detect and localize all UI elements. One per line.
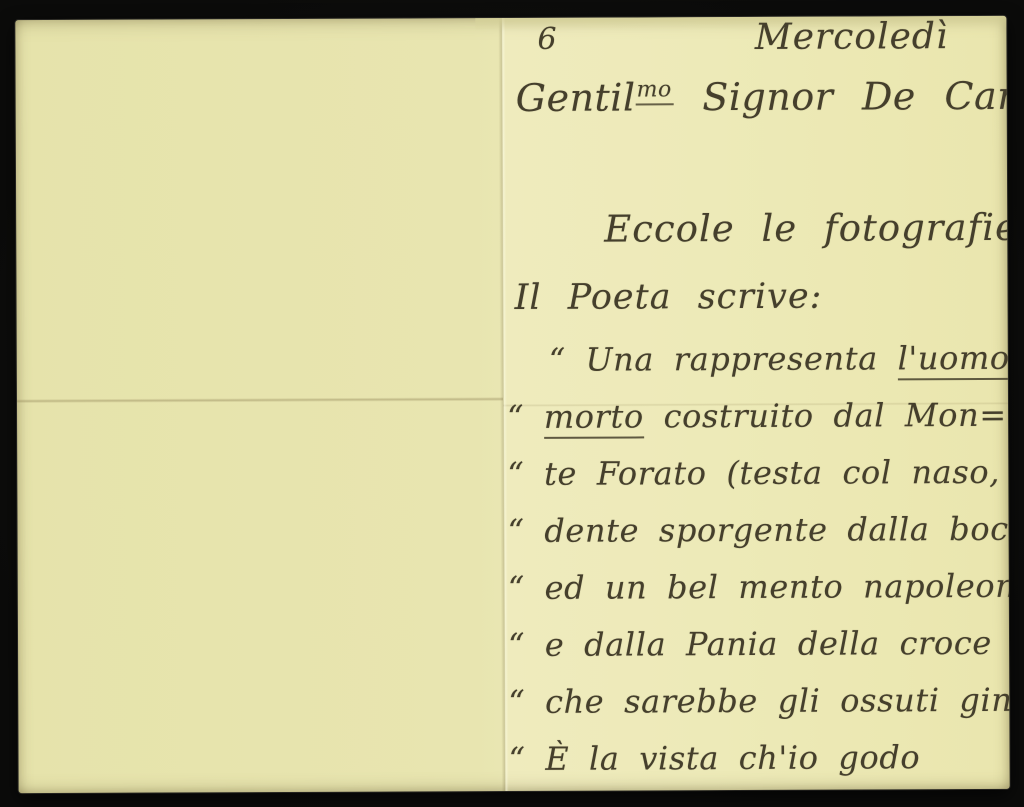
letter-date: Mercoledì bbox=[755, 16, 949, 58]
letter-blank-left-page bbox=[15, 18, 501, 793]
quoted-verse: “ Una rappresenta l'uomo “ morto costrui… bbox=[507, 329, 1010, 788]
quote-line-2: “ morto costruito dal Mon= bbox=[507, 386, 1010, 446]
quote-line-7: “ che sarebbe gli ossuti ginocchi. bbox=[508, 671, 1010, 731]
salutation: Gentilmo Signor De Carolis bbox=[516, 74, 1010, 120]
page-number: 6 bbox=[537, 22, 556, 57]
salutation-rest: Signor De Carolis bbox=[674, 74, 1010, 120]
underlined-word: morto bbox=[544, 397, 644, 438]
quote-line-1: “ Una rappresenta l'uomo bbox=[507, 329, 1010, 389]
quote-line-6: “ e dalla Pania della croce bbox=[508, 614, 1010, 674]
quote-line-5: “ ed un bel mento napoleonico) bbox=[508, 557, 1010, 617]
salutation-superscript: mo bbox=[635, 78, 673, 106]
underlined-word: l'uomo bbox=[898, 339, 1010, 380]
intro-line: Eccole le fotografie. bbox=[604, 206, 1010, 251]
photo-background: 6 Mercoledì Gentilmo Signor De Carolis E… bbox=[0, 0, 1024, 807]
quote-line-8: “ È la vista ch'io godo bbox=[508, 728, 1009, 788]
quote-line-4: “ dente sporgente dalla bocca, bbox=[507, 500, 1009, 560]
quote-line-3: “ te Forato (testa col naso, un bbox=[507, 443, 1010, 503]
salutation-prefix: Gentil bbox=[516, 75, 636, 120]
lead-line: Il Poeta scrive: bbox=[514, 277, 822, 318]
letter-scan: 6 Mercoledì Gentilmo Signor De Carolis E… bbox=[15, 16, 1009, 793]
letter-text-page: 6 Mercoledì Gentilmo Signor De Carolis E… bbox=[501, 16, 1009, 791]
